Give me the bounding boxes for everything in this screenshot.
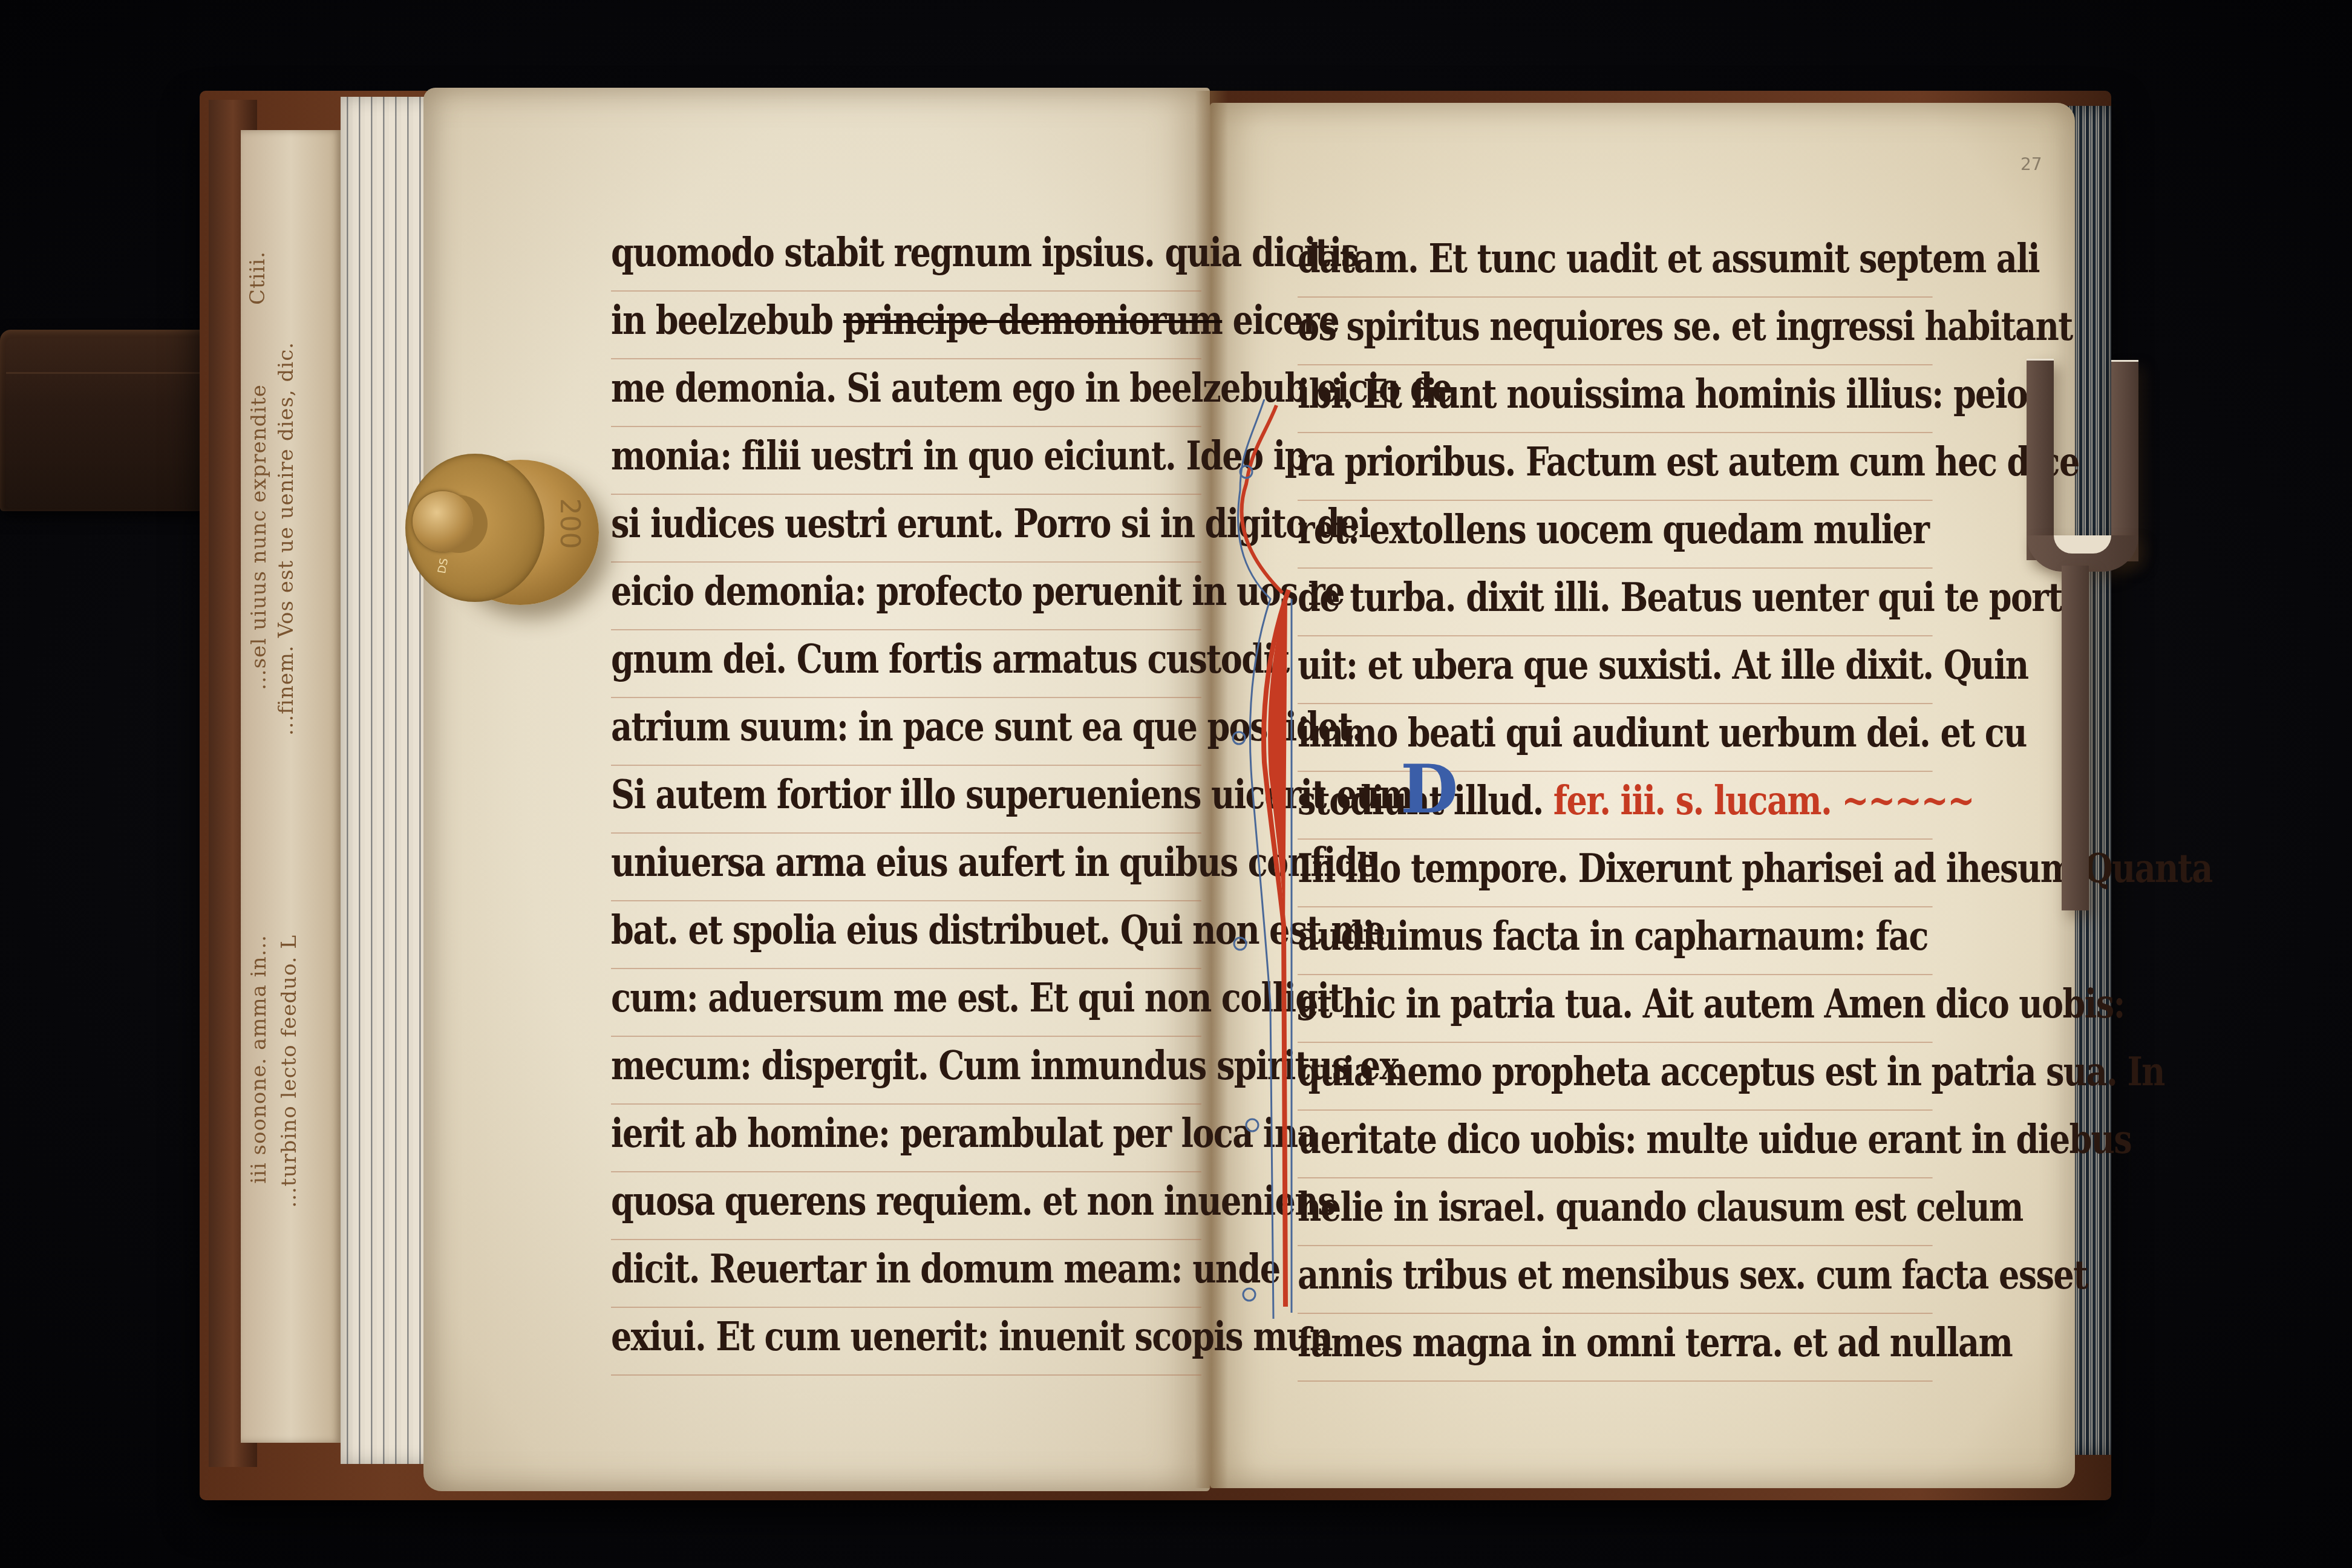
- brass-weight-mark: DS: [436, 557, 451, 575]
- leather-clasp-strap: [0, 330, 209, 511]
- strip-text-2: ...finem. Vos est ue uenire dies, dic.: [274, 342, 298, 736]
- text-line: atrium suum: in pace sunt ea que posside…: [611, 698, 1201, 766]
- text-line: et hic in patria tua. Ait autem Amen dic…: [1298, 975, 1933, 1043]
- text-line: Si autem fortior illo superueniens uicer…: [611, 766, 1201, 834]
- text-line: annis tribus et mensibus sex. cum facta …: [1298, 1246, 1933, 1314]
- text-line: ibi. Et fiunt nouissima hominis illius: …: [1298, 365, 1933, 433]
- text-line: fames magna in omni terra. et ad nullam: [1298, 1314, 1933, 1382]
- text-line: quia nemo propheta acceptus est in patri…: [1298, 1043, 1933, 1111]
- blue-initial-d: D: [1400, 750, 1458, 828]
- text-line: si iudices uestri erunt. Porro si in dig…: [611, 495, 1201, 563]
- struck-text: principe demoniorum: [843, 296, 1223, 344]
- strip-text-3: iii soonone. amma in...: [247, 935, 271, 1184]
- text-line: immo beati qui audiunt uerbum dei. et cu: [1298, 704, 1933, 772]
- right-text-column: datam. Et tunc uadit et assumit septem a…: [1298, 230, 1933, 1382]
- binding-waste-strip: ...sel uiuus nunc exprendite ...finem. V…: [241, 130, 341, 1443]
- rubric-heading: fer. iii. s. lucam.: [1553, 777, 1831, 824]
- text-line: eicio demonia: profecto peruenit in uos …: [611, 563, 1201, 630]
- left-text-column: quomodo stabit regnum ipsius. quia dicit…: [611, 224, 1204, 1376]
- strip-rubric-1: Ctiii.: [246, 251, 270, 305]
- text-line: bat. et spolia eius distribuet. Qui non …: [611, 901, 1201, 969]
- decorated-initial-ornament: [1228, 399, 1295, 1325]
- tuning-fork-tine-right: [2111, 360, 2138, 561]
- text-line: exiui. Et cum uenerit: inuenit scopis mu…: [611, 1308, 1201, 1376]
- text-line: ret: extollens uocem quedam mulier: [1298, 501, 1933, 569]
- tuning-fork: [1996, 354, 2141, 1080]
- tuning-fork-tine-left: [2027, 359, 2054, 560]
- text-line: ueritate dico uobis: multe uidue erant i…: [1298, 1111, 1933, 1178]
- text-line: ra prioribus. Factum est autem cum hec d…: [1298, 433, 1933, 501]
- text-line: cum: aduersum me est. Et qui non colligi…: [611, 969, 1201, 1037]
- text-line: mecum: dispergit. Cum inmundus spiritus …: [611, 1037, 1201, 1105]
- folio-number: 27: [2020, 154, 2042, 174]
- rubric-flourish: ~~~~~: [1841, 777, 1974, 824]
- text-line: audiuimus facta in capharnaum: fac: [1298, 907, 1933, 975]
- text-line: In illo tempore. Dixerunt pharisei ad ih…: [1298, 840, 1933, 907]
- text-line: os spiritus nequiores se. et ingressi ha…: [1298, 298, 1933, 365]
- text-line-rubric: stodiunt illud. fer. iii. s. lucam. ~~~~…: [1298, 772, 1933, 840]
- tuning-fork-stem: [2062, 566, 2089, 910]
- text-line: helie in israel. quando clausum est celu…: [1298, 1178, 1933, 1246]
- text-line: dicit. Reuertar in domum meam: unde: [611, 1240, 1201, 1308]
- brass-weight: 200 DS: [387, 436, 593, 605]
- strip-rubric-2: ...turbino lecto feeduo. L: [277, 935, 301, 1208]
- text-line: ierit ab homine: perambulat per loca ina: [611, 1105, 1201, 1172]
- manuscript-photo: ...sel uiuus nunc exprendite ...finem. V…: [0, 0, 2352, 1568]
- text-line: gnum dei. Cum fortis armatus custodit: [611, 630, 1201, 698]
- text-line: quomodo stabit regnum ipsius. quia dicit…: [611, 224, 1201, 292]
- brass-weight-knob: [413, 491, 473, 552]
- text-line: uit: et ubera que suxisti. At ille dixit…: [1298, 636, 1933, 704]
- text-line-struck: in beelzebub principe demoniorum eicere: [611, 292, 1201, 359]
- text-line: uniuersa arma eius aufert in quibus conf…: [611, 834, 1201, 901]
- text-line: de turba. dixit illi. Beatus uenter qui …: [1298, 569, 1933, 636]
- strip-text-1: ...sel uiuus nunc exprendite: [247, 384, 271, 690]
- text-line: datam. Et tunc uadit et assumit septem a…: [1298, 230, 1933, 298]
- text-line: quosa querens requiem. et non inueniens: [611, 1172, 1201, 1240]
- text-line: me demonia. Si autem ego in beelzebub ei…: [611, 359, 1201, 427]
- text-line: monia: filii uestri in quo eiciunt. Ideo…: [611, 427, 1201, 495]
- brass-weight-value: 200: [554, 498, 585, 549]
